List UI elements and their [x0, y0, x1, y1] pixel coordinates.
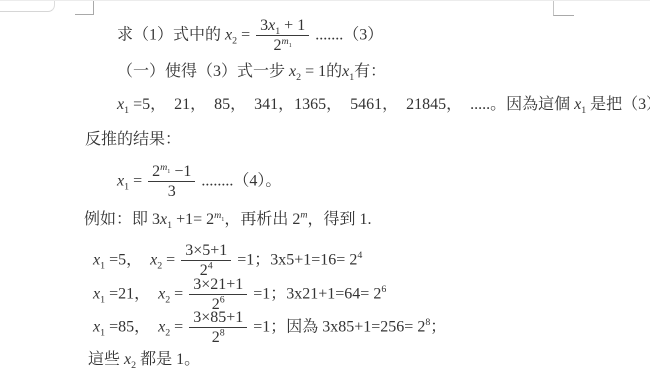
text-run: =5， [105, 251, 150, 268]
text-run: 3 [260, 17, 268, 34]
text-run: 例如：即 [84, 211, 152, 228]
text-run: +1= [172, 211, 206, 228]
conclusion-line: 這些 x2 都是 1。 [88, 350, 200, 370]
text-run: + 1 [280, 17, 305, 34]
text-run: 6 [381, 284, 386, 295]
script-group: m1 [214, 210, 224, 221]
text-run: 都是 1。 [136, 351, 200, 368]
section-heading-line: （一）使得（3）式一步 x2 = 1的x1有： [117, 62, 386, 82]
text-run: =21， [105, 285, 158, 302]
document-page: 求（1）式中的 x2 = 3x1 + 12m1 .......（3） （一）使得… [0, 0, 650, 382]
text-run: = [170, 318, 187, 335]
text-run: 2 [274, 37, 282, 54]
text-run: （一）使得（3）式一步 [117, 63, 289, 80]
text-run: 8 [220, 328, 225, 339]
fraction: 3×5+124 [181, 242, 231, 280]
text-run: 2 [212, 329, 220, 346]
text-run: 4 [357, 250, 362, 261]
text-run: 3×85+1 [193, 309, 243, 326]
text-run: .......（3） [311, 26, 383, 43]
text-run: ，得到 1. [308, 211, 372, 228]
text-run: =1；因為 3x85+1=256= [249, 318, 417, 335]
ui-corner-fragment [0, 1, 55, 12]
fraction: 3×21+126 [189, 276, 247, 314]
text-run: =5， 21， 85， 341，1365， 5461， 21845， .....… [129, 96, 574, 113]
text-run: = [170, 285, 187, 302]
text-run: 3 [168, 183, 176, 200]
text-run: =1；3x21+1=64= [249, 285, 373, 302]
text-run: ........（4）。 [197, 172, 281, 189]
continuation-line: 反推的结果： [85, 130, 181, 150]
text-run: 3×21+1 [193, 276, 243, 293]
text-run: = [129, 172, 146, 189]
crop-mark-top-left [75, 1, 94, 15]
text-run: 2 [152, 163, 160, 180]
text-run: =1；3x5+1=16= [233, 251, 349, 268]
script-group: m1 [160, 162, 170, 173]
text-run: 3×5+1 [185, 242, 227, 259]
example-line-1: x1 =5， x2 = 3×5+124 =1；3x5+1=16= 24 [93, 242, 362, 280]
text-run: ； [430, 318, 446, 335]
crop-mark-top-right [553, 1, 574, 16]
sequence-line: x1 =5， 21， 85， 341，1365， 5461， 21845， ..… [117, 95, 650, 115]
text-run: 4 [208, 261, 213, 272]
example-line-2: x1 =21， x2 = 3×21+126 =1；3x21+1=64= 26 [93, 276, 386, 314]
math-line-eq4: x1 = 2m1 −13 ........（4）。 [117, 163, 281, 201]
text-run: 是把（3）式 [586, 96, 650, 113]
text-run: 3 [152, 211, 160, 228]
text-run: ，再析出 [224, 211, 292, 228]
text-run: −1 [170, 163, 191, 180]
text-run: 這些 [88, 351, 124, 368]
text-run: 2 [206, 211, 214, 228]
text-run: m [282, 36, 289, 47]
text-run: 有： [354, 63, 386, 80]
script-group: m [300, 210, 307, 221]
text-run: m [300, 210, 307, 221]
example-line-3: x1 =85， x2 = 3×85+128 =1；因為 3x85+1=256= … [93, 309, 446, 347]
fraction: 2m1 −13 [148, 163, 195, 201]
fraction: 3×85+128 [189, 309, 247, 347]
text-run: 6 [220, 295, 225, 306]
example-intro-line: 例如：即 3x1 +1= 2m1，再析出 2m，得到 1. [84, 210, 372, 230]
text-run: 1 [289, 43, 292, 49]
script-group: m1 [282, 36, 292, 47]
text-run: = [237, 26, 254, 43]
text-run: =85， [105, 318, 158, 335]
fraction: 3x1 + 12m1 [256, 17, 309, 55]
text-run: = [162, 251, 179, 268]
math-line-eq3: 求（1）式中的 x2 = 3x1 + 12m1 .......（3） [117, 17, 383, 55]
text-run: = 1的 [301, 63, 342, 80]
text-run: 求（1）式中的 [117, 26, 225, 43]
